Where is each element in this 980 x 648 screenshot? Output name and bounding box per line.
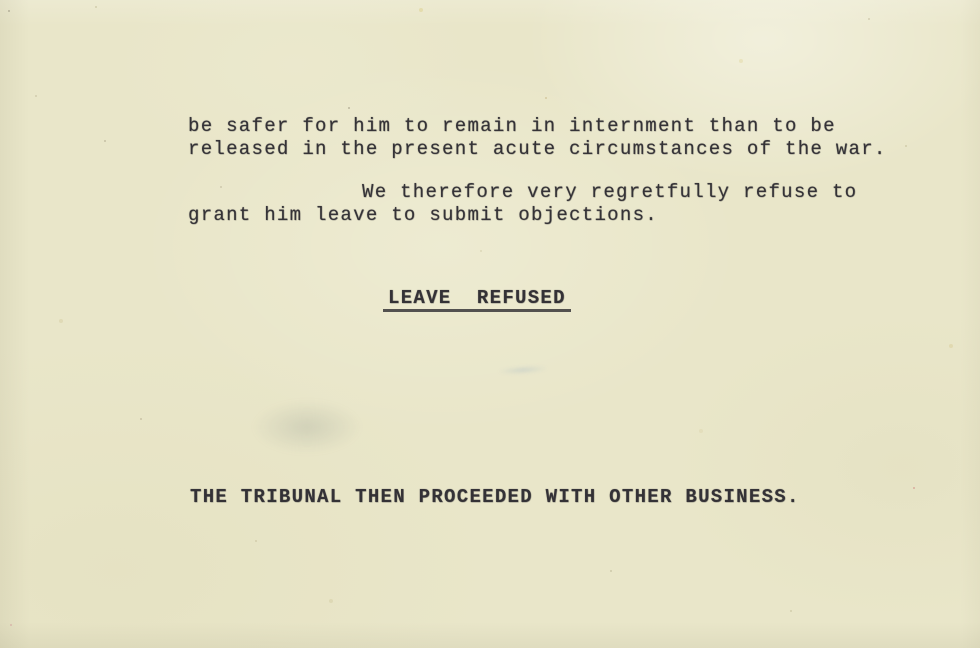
paper-speckles [0,0,2,2]
body-paragraph2-line2: grant him leave to submit objections. [188,204,658,226]
paper-edge-shading [0,0,980,648]
body-paragraph2-line1: We therefore very regretfully refuse to [362,181,857,203]
grey-smudge-mark [252,400,362,454]
body-paragraph1-line2: released in the present acute circumstan… [188,138,887,160]
decision-heading: LEAVE REFUSED [383,289,571,312]
paper-mottle-texture [0,0,980,648]
document-page: be safer for him to remain in internment… [0,0,980,648]
closing-statement-line: THE TRIBUNAL THEN PROCEEDED WITH OTHER B… [190,486,800,508]
body-paragraph1-line1: be safer for him to remain in internment… [188,115,836,137]
decision-heading-underlined-text: LEAVE REFUSED [383,289,571,312]
faint-blue-streak [497,364,549,376]
